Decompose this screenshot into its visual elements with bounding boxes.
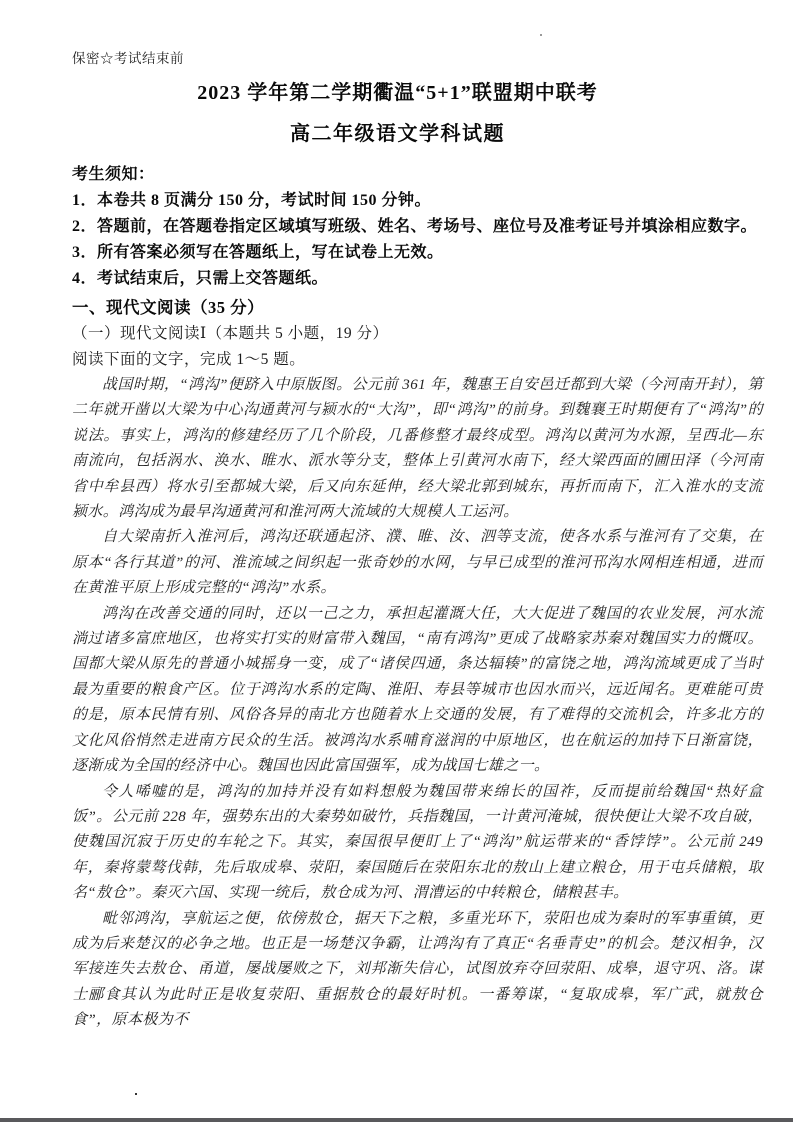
notice-heading: 考生须知： — [72, 162, 763, 188]
scan-speck — [540, 34, 542, 36]
reading-instruction: 阅读下面的文字，完成 1～5 题。 — [72, 347, 763, 373]
passage-paragraph-4: 令人唏嘘的是，鸿沟的加持并没有如料想般为魏国带来绵长的国祚，反而提前给魏国“热好… — [72, 780, 763, 907]
passage-paragraph-3: 鸿沟在改善交通的同时，还以一己之力，承担起灌溉大任，大大促进了魏国的农业发展，河… — [72, 602, 763, 780]
window-bottom-edge — [0, 1118, 793, 1122]
notice-item-4: 4．考试结束后，只需上交答题纸。 — [72, 266, 763, 292]
reading-passage: 战国时期，“鸿沟”便跻入中原版图。公元前 361 年，魏惠王自安邑迁都到大梁（今… — [72, 373, 763, 1034]
passage-paragraph-2: 自大梁南折入淮河后，鸿沟还联通起济、濮、睢、汝、泗等支流，使各水系与淮河有了交集… — [72, 525, 763, 601]
passage-paragraph-5: 毗邻鸿沟，享航运之便，依傍敖仓，据天下之粮，多重光环下，荥阳也成为秦时的军事重镇… — [72, 907, 763, 1034]
notice-item-3: 3．所有答案必须写在答题纸上，写在试卷上无效。 — [72, 240, 763, 266]
candidate-notice: 考生须知： 1．本卷共 8 页满分 150 分，考试时间 150 分钟。 2．答… — [72, 162, 763, 292]
section-1-subheading: （一）现代文阅读Ⅰ（本题共 5 小题，19 分） — [72, 321, 763, 347]
security-classification-label: 保密☆考试结束前 — [72, 50, 763, 68]
notice-item-1: 1．本卷共 8 页满分 150 分，考试时间 150 分钟。 — [72, 188, 763, 214]
exam-title: 2023 学年第二学期衢温“5+1”联盟期中联考 — [72, 78, 723, 108]
notice-item-2: 2．答题前，在答题卷指定区域填写班级、姓名、考场号、座位号及准考证号并填涂相应数… — [72, 214, 763, 240]
exam-paper-page: 保密☆考试结束前 2023 学年第二学期衢温“5+1”联盟期中联考 高二年级语文… — [0, 0, 793, 1122]
section-1-heading: 一、现代文阅读（35 分） — [72, 294, 763, 321]
exam-subtitle: 高二年级语文学科试题 — [72, 120, 723, 148]
scan-speck — [135, 1093, 137, 1095]
passage-paragraph-1: 战国时期，“鸿沟”便跻入中原版图。公元前 361 年，魏惠王自安邑迁都到大梁（今… — [72, 373, 763, 525]
